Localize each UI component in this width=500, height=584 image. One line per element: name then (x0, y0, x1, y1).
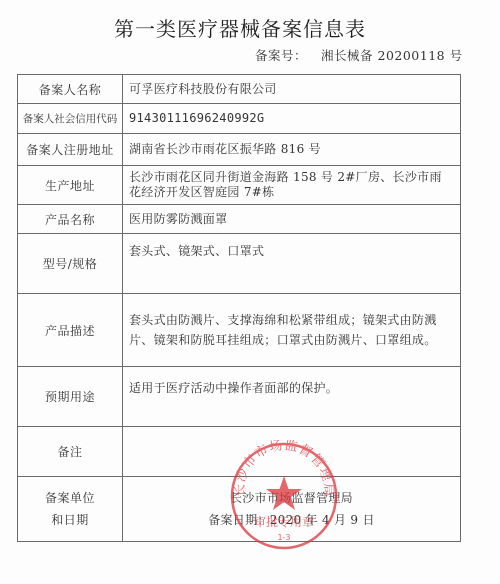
table-row-model-spec: 型号/规格 套头式、镜架式、口罩式 (18, 234, 461, 294)
table-row-registrant-name: 备案人名称 可孚医疗科技股份有限公司 (18, 75, 461, 104)
row-label: 备案人社会信用代码 (18, 104, 123, 134)
row-label-line1: 备案单位 (18, 487, 122, 509)
row-value: 湖南省长沙市雨花区振华路 816 号 (123, 134, 461, 166)
filing-authority: 长沙市市场监督管理局 (129, 487, 454, 509)
table-row-registered-address: 备案人注册地址 湖南省长沙市雨花区振华路 816 号 (18, 134, 461, 166)
row-label: 生产地址 (18, 166, 123, 205)
row-value: 套头式、镜架式、口罩式 (123, 234, 461, 294)
document-page: 第一类医疗器械备案信息表 备案号：湘长械备 20200118 号 备案人名称 可… (0, 0, 500, 584)
table-row-remarks: 备注 (18, 427, 461, 477)
reference-number: 备案号：湘长械备 20200118 号 (255, 46, 463, 64)
table-row-product-description: 产品描述 套头式由防溅片、支撑海绵和松紧带组成；镜架式由防溅片、镜架和防脱耳挂组… (18, 294, 461, 367)
row-value: 医用防雾防溅面罩 (123, 205, 461, 234)
row-label: 备案人注册地址 (18, 134, 123, 166)
row-value (123, 427, 461, 477)
row-label: 产品描述 (18, 294, 123, 367)
row-label: 备注 (18, 427, 123, 477)
row-value: 长沙市雨花区同升街道金海路 158 号 2#厂房、长沙市雨花经济开发区智庭园 7… (123, 166, 461, 205)
table-row-product-name: 产品名称 医用防雾防溅面罩 (18, 205, 461, 234)
filing-date: 备案日期：2020 年 4 月 9 日 (129, 509, 454, 531)
reference-value: 湘长械备 20200118 号 (321, 48, 463, 63)
table-row-credit-code: 备案人社会信用代码 91430111696240992G (18, 104, 461, 134)
document-title: 第一类医疗器械备案信息表 (0, 13, 480, 42)
row-label: 预期用途 (18, 367, 123, 427)
row-value: 适用于医疗活动中操作者面部的保护。 (123, 367, 461, 427)
table-row-filing-unit-date: 备案单位 和日期 长沙市市场监督管理局 备案日期：2020 年 4 月 9 日 (18, 477, 461, 542)
row-value: 91430111696240992G (123, 104, 461, 134)
table-row-intended-use: 预期用途 适用于医疗活动中操作者面部的保护。 (18, 367, 461, 427)
row-label: 备案人名称 (18, 75, 123, 104)
row-value: 长沙市市场监督管理局 备案日期：2020 年 4 月 9 日 (123, 477, 461, 542)
row-label: 型号/规格 (18, 234, 123, 294)
table-row-production-address: 生产地址 长沙市雨花区同升街道金海路 158 号 2#厂房、长沙市雨花经济开发区… (18, 166, 461, 205)
row-label: 产品名称 (18, 205, 123, 234)
row-label-line2: 和日期 (18, 509, 122, 531)
row-label: 备案单位 和日期 (18, 477, 123, 542)
row-value: 套头式由防溅片、支撑海绵和松紧带组成；镜架式由防溅片、镜架和防脱耳挂组成；口罩式… (123, 294, 461, 367)
record-table: 备案人名称 可孚医疗科技股份有限公司 备案人社会信用代码 91430111696… (17, 74, 461, 542)
row-value: 可孚医疗科技股份有限公司 (123, 75, 461, 104)
reference-label: 备案号： (255, 48, 307, 63)
